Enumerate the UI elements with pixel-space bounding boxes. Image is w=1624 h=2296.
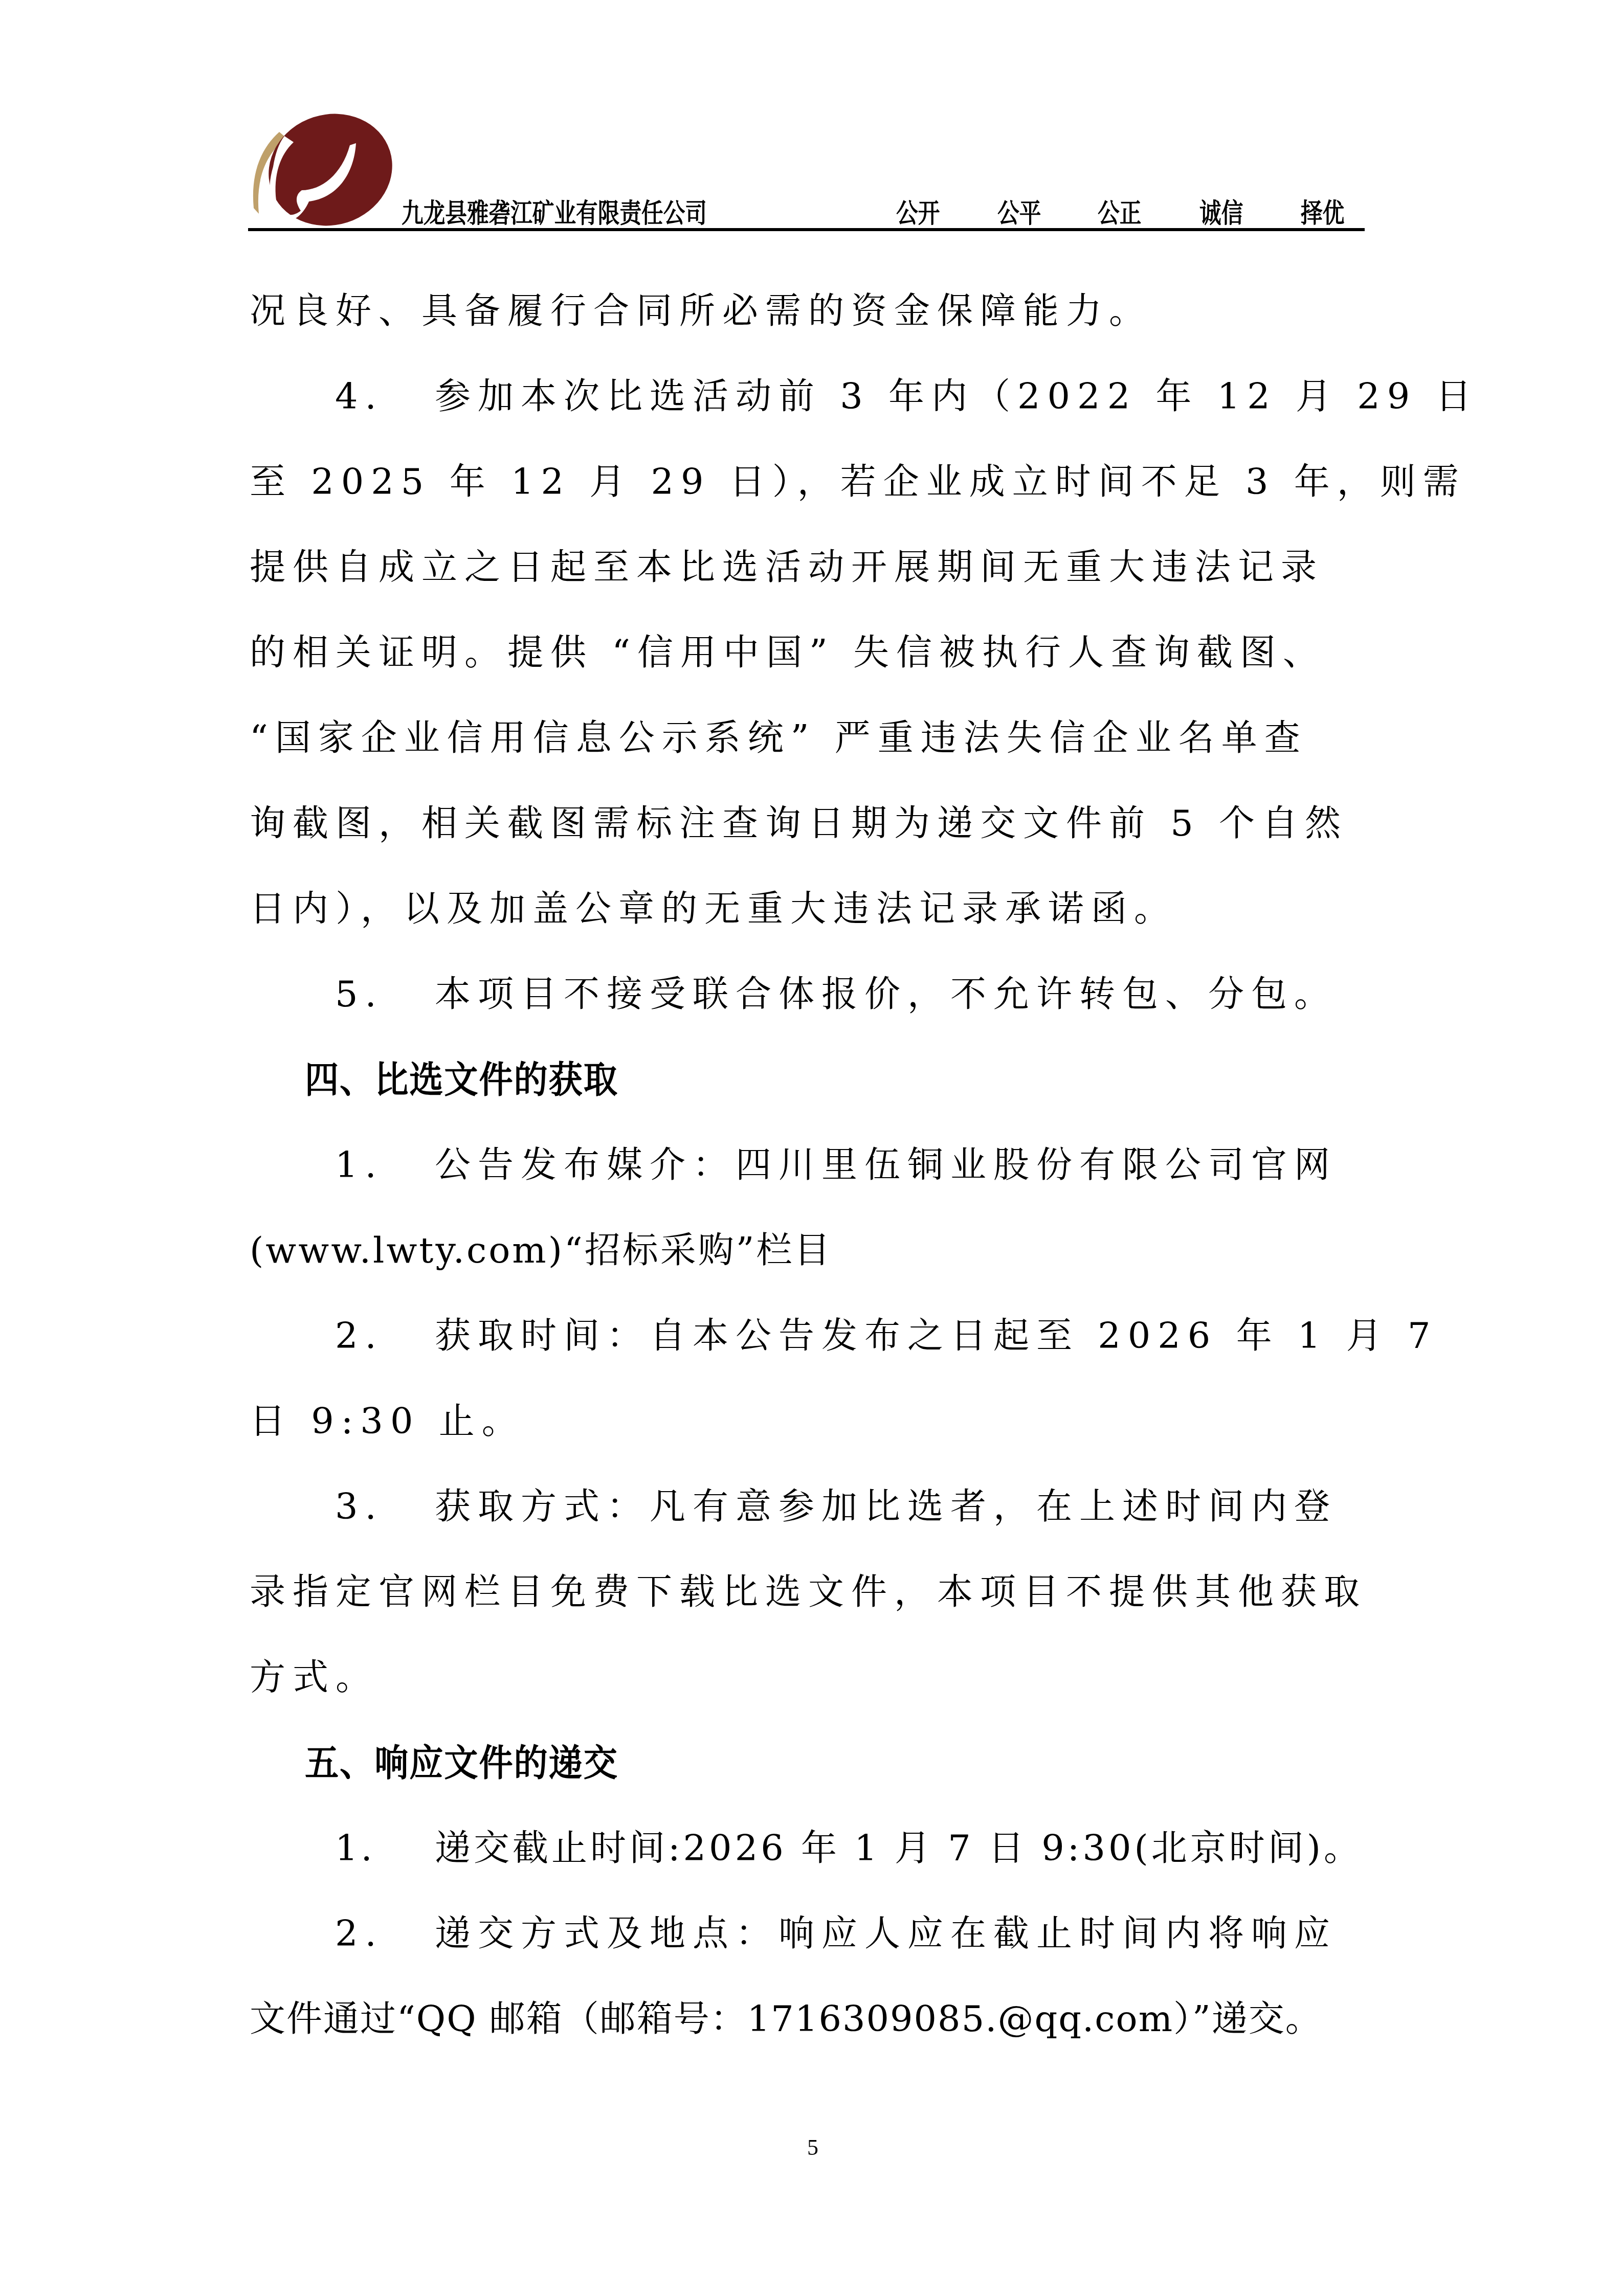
page-number: 5	[807, 2135, 818, 2160]
line-text: “国家企业信用信息公示系统” 严重违法失信企业名单查	[250, 717, 1307, 759]
line-text: 获取时间：自本公告发布之日起至 2026 年 1 月 7	[435, 1315, 1437, 1357]
company-logo-icon	[244, 114, 398, 227]
line-text: 询截图，相关截图需标注查询日期为递交文件前 5 个自然	[250, 802, 1348, 844]
list-item-3: 3.获取方式：凡有意参加比选者，在上述时间内登	[335, 1483, 1337, 1529]
list-item-1: 1.递交截止时间:2026 年 1 月 7 日 9:30(北京时间)。	[335, 1825, 1363, 1871]
motto-item: 公平	[997, 198, 1041, 229]
motto-item: 择优	[1301, 198, 1344, 229]
line-text: 获取方式：凡有意参加比选者，在上述时间内登	[435, 1485, 1337, 1527]
line-text: 递交方式及地点：响应人应在截止时间内将响应	[435, 1912, 1337, 1954]
line-text: 的相关证明。提供 “信用中国” 失信被执行人查询截图、	[250, 632, 1326, 673]
motto-item: 公正	[1098, 198, 1141, 229]
line-text: 录指定官网栏目免费下载比选文件，本项目不提供其他获取	[250, 1571, 1367, 1613]
item-number: 1.	[335, 1142, 435, 1188]
body-line: 日内），以及加盖公章的无重大违法记录承诺函。	[250, 886, 1177, 932]
item-number: 3.	[335, 1483, 435, 1529]
company-name: 九龙县雅砻江矿业有限责任公司	[402, 198, 707, 229]
item-number: 2.	[335, 1910, 435, 1956]
line-text: 递交截止时间:2026 年 1 月 7 日 9:30(北京时间)。	[435, 1827, 1363, 1869]
body-line: 提供自成立之日起至本比选活动开展期间无重大违法记录	[250, 544, 1324, 590]
header-divider	[248, 228, 1365, 231]
line-text: (www.lwty.com)“招标采购”栏目	[250, 1229, 832, 1271]
line-text: 况良好、具备履行合同所必需的资金保障能力。	[250, 290, 1152, 332]
body-line: 况良好、具备履行合同所必需的资金保障能力。	[250, 288, 1152, 334]
section-heading-5: 五、响应文件的递交	[305, 1740, 618, 1786]
document-page: 九龙县雅砻江矿业有限责任公司 公开 公平 公正 诚信 择优 况良好、具备履行合同…	[0, 0, 1624, 2296]
section-heading-4: 四、比选文件的获取	[305, 1056, 618, 1102]
item-number: 5.	[335, 971, 435, 1017]
line-text: 日内），以及加盖公章的无重大违法记录承诺函。	[250, 888, 1177, 930]
item-number: 4.	[335, 373, 435, 419]
body-line: 方式。	[250, 1654, 379, 1700]
item-number: 2.	[335, 1313, 435, 1359]
line-text: 至 2025 年 12 月 29 日），若企业成立时间不足 3 年，则需	[250, 461, 1466, 503]
motto-item: 诚信	[1199, 198, 1243, 229]
body-line: (www.lwty.com)“招标采购”栏目	[250, 1227, 832, 1273]
line-text: 参加本次比选活动前 3 年内（2022 年 12 月 29 日	[435, 375, 1479, 417]
body-line: “国家企业信用信息公示系统” 严重违法失信企业名单查	[250, 715, 1307, 761]
line-text: 日 9:30 止。	[250, 1400, 525, 1442]
body-line: 至 2025 年 12 月 29 日），若企业成立时间不足 3 年，则需	[250, 459, 1466, 505]
body-line: 日 9:30 止。	[250, 1398, 525, 1444]
line-text: 公告发布媒介：四川里伍铜业股份有限公司官网	[435, 1144, 1337, 1186]
list-item-5: 5.本项目不接受联合体报价，不允许转包、分包。	[335, 971, 1337, 1017]
line-text: 提供自成立之日起至本比选活动开展期间无重大违法记录	[250, 546, 1324, 588]
body-line: 询截图，相关截图需标注查询日期为递交文件前 5 个自然	[250, 800, 1348, 846]
list-item-1: 1.公告发布媒介：四川里伍铜业股份有限公司官网	[335, 1142, 1337, 1188]
list-item-4: 4.参加本次比选活动前 3 年内（2022 年 12 月 29 日	[335, 373, 1479, 419]
body-line: 文件通过“QQ 邮箱（邮箱号：1716309085.@qq.com）”递交。	[250, 1996, 1322, 2042]
body-line: 录指定官网栏目免费下载比选文件，本项目不提供其他获取	[250, 1569, 1367, 1615]
list-item-2: 2.递交方式及地点：响应人应在截止时间内将响应	[335, 1910, 1337, 1956]
body-line: 的相关证明。提供 “信用中国” 失信被执行人查询截图、	[250, 629, 1326, 676]
line-text: 本项目不接受联合体报价，不允许转包、分包。	[435, 973, 1337, 1015]
list-item-2: 2.获取时间：自本公告发布之日起至 2026 年 1 月 7	[335, 1313, 1437, 1359]
line-text: 文件通过“QQ 邮箱（邮箱号：1716309085.@qq.com）”递交。	[250, 1998, 1322, 2040]
line-text: 方式。	[250, 1656, 379, 1698]
item-number: 1.	[335, 1825, 435, 1871]
motto-item: 公开	[896, 198, 940, 229]
